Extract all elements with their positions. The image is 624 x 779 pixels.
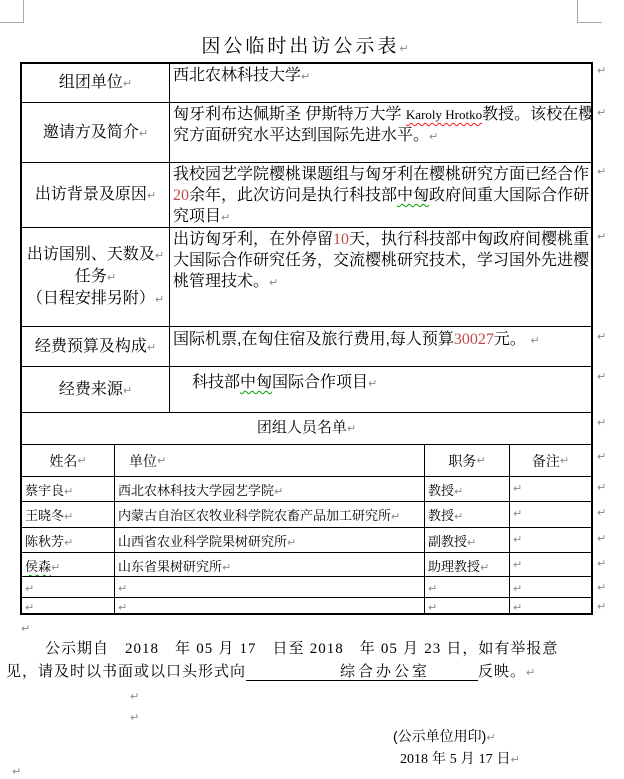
page-title-text: 因公临时出访公示表 (201, 36, 399, 57)
foreign-name: Karoly Hrotko (406, 107, 482, 122)
pilcrow-mark: ↵ (64, 510, 73, 523)
field-label: （日程安排另附） (27, 290, 155, 307)
page-margin-mark-top-right (577, 0, 602, 23)
member-unit: 山东省果树研究所 (118, 559, 222, 574)
pilcrow-mark: ↵ (467, 536, 476, 549)
member-remark-cell: ↵ (510, 502, 591, 527)
pilcrow-mark: ↵ (25, 582, 34, 595)
field-value: 教授。该校在樱桃研 (482, 106, 591, 123)
pilcrow-mark: ↵ (510, 753, 519, 766)
date-number: 5 (450, 752, 457, 767)
column-header: 姓名 (49, 451, 77, 471)
pilcrow-mark: ↵ (274, 485, 283, 498)
member-name: 侯森 (25, 559, 51, 574)
column-header: 职务 (448, 451, 476, 471)
value-cell: 匈牙利布达佩斯圣 伊斯特万大学 Karoly Hrotko教授。该校在樱桃研 究… (170, 103, 591, 162)
value-cell: 出访匈牙利，在外停留10天，执行科技部中匈政府间樱桃重 大国际合作研究任务，交流… (170, 228, 591, 326)
date-number: 2018 (400, 752, 428, 767)
field-value: 出访匈牙利，在外停留 (173, 231, 333, 248)
pilcrow-mark: ↵ (347, 422, 356, 435)
roster-empty-row: ↵ ↵ ↵ ↵ (22, 598, 591, 613)
member-unit-cell: 山东省果树研究所↵ (115, 553, 425, 576)
pilcrow-mark: ↵ (486, 731, 495, 744)
label-cell: 出访国别、天数及↵ 任务↵ （日程安排另附）↵ (22, 228, 170, 326)
table-row-trip: 出访国别、天数及↵ 任务↵ （日程安排另附）↵ 出访匈牙利，在外停留10天，执行… (22, 228, 591, 327)
row-end-mark: ↵ (597, 506, 611, 519)
notice-number: 23 (424, 641, 441, 657)
field-label: 出访国别、天数及 (27, 246, 155, 263)
pilcrow-mark: ↵ (221, 211, 230, 224)
empty-cell: ↵ (22, 577, 115, 597)
member-title: 教授 (428, 483, 454, 498)
member-unit: 内蒙古自治区农牧业科学院农畜产品加工研究所 (118, 508, 391, 523)
field-label: 经费来源 (59, 381, 123, 398)
member-title-cell: 教授↵ (425, 477, 510, 501)
row-end-mark: ↵ (597, 416, 611, 429)
table-row-inviter: 邀请方及简介↵ 匈牙利布达佩斯圣 伊斯特万大学 Karoly Hrotko教授。… (22, 103, 591, 163)
member-unit-cell: 山西省农业科学院果树研究所↵ (115, 528, 425, 552)
notice-number: 2018 (125, 641, 159, 657)
value-cell: 国际机票,在匈住宿及旅行费用,每人预算30027元。 ↵ (170, 327, 591, 366)
blank-underline (430, 665, 478, 681)
pilcrow-mark: ↵ (513, 558, 522, 571)
notice-number: 05 (381, 641, 398, 657)
office-name: 综合办公室 (340, 663, 430, 681)
pilcrow-mark: ↵ (301, 70, 310, 83)
notice-text: 月 (213, 640, 239, 657)
member-unit: 山西省农业科学院果树研究所 (118, 534, 287, 549)
member-remark-cell: ↵ (510, 528, 591, 552)
member-unit: 西北农林科技大学园艺学院 (118, 483, 274, 498)
member-title-cell: 助理教授↵ (425, 553, 510, 576)
row-end-mark: ↵ (597, 230, 611, 243)
pilcrow-mark: ↵ (480, 561, 489, 574)
column-header: 单位 (129, 451, 157, 471)
visit-form-table: 组团单位↵ 西北农林科技大学↵ 邀请方及简介↵ 匈牙利布达佩斯圣 伊斯特万大学 … (20, 62, 593, 615)
pilcrow-mark: ↵ (222, 561, 231, 574)
label-cell: 经费预算及构成↵ (22, 327, 170, 366)
field-label: 经费预算及构成 (35, 338, 147, 355)
field-value: 究项目 (173, 208, 221, 225)
table-row-group-unit: 组团单位↵ 西北农林科技大学↵ (22, 64, 591, 103)
value-cell: 科技部中匈国际合作项目↵ (170, 367, 591, 412)
highlight-number: 30027 (454, 331, 494, 348)
roster-member-row: 王晓冬↵ 内蒙古自治区农牧业科学院农畜产品加工研究所↵ 教授↵ ↵ (22, 502, 591, 528)
pilcrow-mark: ↵ (368, 377, 377, 390)
row-end-mark: ↵ (597, 106, 611, 119)
member-title: 副教授 (428, 534, 467, 549)
row-end-mark: ↵ (597, 600, 611, 613)
label-cell: 邀请方及简介↵ (22, 103, 170, 162)
pilcrow-mark: ↵ (139, 127, 148, 140)
roster-header-row: 姓名↵ 单位↵ 职务↵ 备注↵ (22, 445, 591, 477)
field-value: 究方面研究水平达到国际先进水平。 (173, 127, 429, 144)
pilcrow-mark: ↵ (123, 77, 132, 90)
member-title-cell: 教授↵ (425, 502, 510, 527)
empty-cell: ↵ (510, 598, 591, 613)
member-remark-cell: ↵ (510, 553, 591, 576)
grammar-flagged-text: 中匈 (397, 187, 429, 204)
paragraph-mark: ↵ (12, 765, 21, 778)
pilcrow-mark: ↵ (513, 601, 522, 613)
pilcrow-mark: ↵ (513, 533, 522, 546)
label-cell: 组团单位↵ (22, 64, 170, 102)
roster-member-row: 蔡宇良↵ 西北农林科技大学园艺学院↵ 教授↵ ↵ (22, 477, 591, 502)
stamp-text: (公示单位用印) (393, 728, 486, 744)
pilcrow-mark: ↵ (287, 536, 296, 549)
grammar-flagged-text: 中匈 (240, 374, 272, 391)
label-cell: 出访背景及原因↵ (22, 163, 170, 227)
pilcrow-mark: ↵ (454, 485, 463, 498)
empty-cell: ↵ (510, 577, 591, 597)
row-end-mark: ↵ (597, 581, 611, 594)
notice-text: 日，如有举报意 (441, 640, 558, 657)
field-value: 匈牙利布达佩斯圣 伊斯特万大学 (173, 106, 406, 123)
blank-underline (246, 665, 340, 681)
pilcrow-mark: ↵ (147, 189, 156, 202)
pilcrow-mark: ↵ (269, 276, 278, 289)
date-text: 日 (493, 750, 511, 766)
table-row-roster-title: 团组人员名单↵ (22, 413, 591, 445)
roster-header-remark: 备注↵ (510, 445, 591, 476)
field-value: 政府间重大国际合作研 (429, 187, 589, 204)
notice-line-1: 公示期自 2018 年 05 月 17 日至 2018 年 05 月 23 日，… (45, 637, 558, 658)
paragraph-mark: ↵ (130, 690, 139, 703)
field-value: 西北农林科技大学 (173, 67, 301, 84)
row-end-mark: ↵ (597, 330, 611, 343)
page-title: 因公临时出访公示表↵ (0, 31, 610, 58)
pilcrow-mark: ↵ (77, 454, 86, 467)
field-value: 大国际合作研究任务，交流樱桃研究技术，学习国外先进樱 (173, 252, 589, 269)
table-row-fund-source: 经费来源↵ 科技部中匈国际合作项目↵ (22, 367, 591, 413)
member-name-cell: 陈秋芳↵ (22, 528, 115, 552)
member-name-cell: 王晓冬↵ (22, 502, 115, 527)
notice-line-2: 见，请及时以书面或以口头形式向综合办公室反映。↵ (6, 660, 536, 681)
notice-text: 见，请及时以书面或以口头形式向 (6, 663, 246, 680)
notice-text: 年 (159, 640, 196, 657)
roster-member-row: 侯森↵ 山东省果树研究所↵ 助理教授↵ ↵ (22, 553, 591, 577)
column-header: 备注 (532, 451, 560, 471)
paragraph-mark: ↵ (21, 622, 30, 635)
value-cell: 我校园艺学院樱桃课题组与匈牙利在樱桃研究方面已经合作 20余年，此次访问是执行科… (170, 163, 591, 227)
date-text: 月 (457, 750, 479, 766)
pilcrow-mark: ↵ (147, 341, 156, 354)
notice-text: 月 (398, 640, 424, 657)
member-name-cell: 蔡宇良↵ (22, 477, 115, 501)
pilcrow-mark: ↵ (64, 536, 73, 549)
member-name-cell: 侯森↵ (22, 553, 115, 576)
field-value: 桃管理技术。 (173, 273, 269, 290)
pilcrow-mark: ↵ (526, 666, 536, 679)
empty-cell: ↵ (425, 598, 510, 613)
pilcrow-mark: ↵ (428, 601, 437, 613)
pilcrow-mark: ↵ (513, 582, 522, 595)
pilcrow-mark: ↵ (454, 510, 463, 523)
field-value: 我校园艺学院樱桃课题组与匈牙利在樱桃研究方面已经合作 (173, 166, 589, 183)
pilcrow-mark: ↵ (155, 293, 164, 306)
pilcrow-mark: ↵ (118, 582, 127, 595)
member-title: 助理教授 (428, 559, 480, 574)
notice-text: 反映。 (478, 663, 526, 680)
notice-number: 2018 (310, 641, 344, 657)
pilcrow-mark: ↵ (560, 454, 569, 467)
pilcrow-mark: ↵ (25, 601, 34, 613)
pilcrow-mark: ↵ (476, 454, 485, 467)
table-row-budget: 经费预算及构成↵ 国际机票,在匈住宿及旅行费用,每人预算30027元。 ↵ (22, 327, 591, 367)
roster-title-cell: 团组人员名单↵ (22, 413, 591, 444)
notice-text: 日至 (257, 640, 310, 657)
member-name: 王晓冬 (25, 508, 64, 523)
member-unit-cell: 西北农林科技大学园艺学院↵ (115, 477, 425, 501)
row-end-mark: ↵ (597, 370, 611, 383)
field-value: 科技部 (192, 374, 240, 391)
pilcrow-mark: ↵ (399, 42, 408, 55)
empty-cell: ↵ (115, 577, 425, 597)
pilcrow-mark: ↵ (123, 384, 132, 397)
date-number: 17 (479, 752, 493, 767)
field-value: 余年，此次访问是执行科技部 (189, 187, 397, 204)
pilcrow-mark: ↵ (391, 510, 400, 523)
pilcrow-mark: ↵ (157, 454, 166, 467)
empty-cell: ↵ (425, 577, 510, 597)
field-value: 国际合作项目 (272, 374, 368, 391)
empty-cell: ↵ (115, 598, 425, 613)
member-name: 蔡宇良 (25, 483, 64, 498)
empty-cell: ↵ (22, 598, 115, 613)
row-end-mark: ↵ (597, 481, 611, 494)
roster-member-row: 陈秋芳↵ 山西省农业科学院果树研究所↵ 副教授↵ ↵ (22, 528, 591, 553)
highlight-number: 20 (173, 187, 189, 204)
notice-text: 年 (344, 640, 381, 657)
roster-title-text: 团组人员名单 (257, 419, 347, 436)
notice-text: 公示期自 (45, 640, 125, 657)
pilcrow-mark: ↵ (51, 561, 60, 574)
row-end-mark: ↵ (597, 532, 611, 545)
page-margin-mark-top-left (0, 0, 24, 23)
field-value: 元。 (494, 331, 526, 348)
table-row-background: 出访背景及原因↵ 我校园艺学院樱桃课题组与匈牙利在樱桃研究方面已经合作 20余年… (22, 163, 591, 228)
roster-empty-row: ↵ ↵ ↵ ↵ (22, 577, 591, 598)
notice-number: 17 (240, 641, 257, 657)
pilcrow-mark: ↵ (530, 334, 539, 347)
field-value: 天，执行科技部中匈政府间樱桃重 (349, 231, 589, 248)
member-name: 陈秋芳 (25, 534, 64, 549)
field-value: 国际机票,在匈住宿及旅行费用,每人预算 (173, 331, 454, 348)
member-title: 教授 (428, 508, 454, 523)
date-text: 年 (428, 750, 450, 766)
roster-header-title: 职务↵ (425, 445, 510, 476)
stamp-note: (公示单位用印)↵ (393, 726, 496, 746)
row-end-mark: ↵ (597, 450, 611, 463)
pilcrow-mark: ↵ (118, 601, 127, 613)
member-title-cell: 副教授↵ (425, 528, 510, 552)
member-unit-cell: 内蒙古自治区农牧业科学院农畜产品加工研究所↵ (115, 502, 425, 527)
pilcrow-mark: ↵ (513, 482, 522, 495)
highlight-number: 10 (333, 231, 349, 248)
field-label: 出访背景及原因 (35, 186, 147, 203)
field-label: 组团单位 (59, 74, 123, 91)
notice-date: 2018 年 5 月 17 日↵ (400, 748, 520, 768)
pilcrow-mark: ↵ (64, 485, 73, 498)
pilcrow-mark: ↵ (428, 582, 437, 595)
label-cell: 经费来源↵ (22, 367, 170, 412)
roster-header-unit: 单位↵ (115, 445, 425, 476)
pilcrow-mark: ↵ (155, 249, 164, 262)
member-remark-cell: ↵ (510, 477, 591, 501)
pilcrow-mark: ↵ (429, 130, 438, 143)
row-end-mark: ↵ (597, 165, 611, 178)
notice-number: 05 (196, 641, 213, 657)
field-label: 邀请方及简介 (43, 124, 139, 141)
paragraph-mark: ↵ (130, 711, 139, 724)
pilcrow-mark: ↵ (513, 507, 522, 520)
row-end-mark: ↵ (597, 64, 611, 77)
field-label: 任务 (75, 268, 107, 285)
pilcrow-mark: ↵ (107, 271, 116, 284)
row-end-mark: ↵ (597, 557, 611, 570)
value-cell: 西北农林科技大学↵ (170, 64, 591, 102)
roster-header-name: 姓名↵ (22, 445, 115, 476)
